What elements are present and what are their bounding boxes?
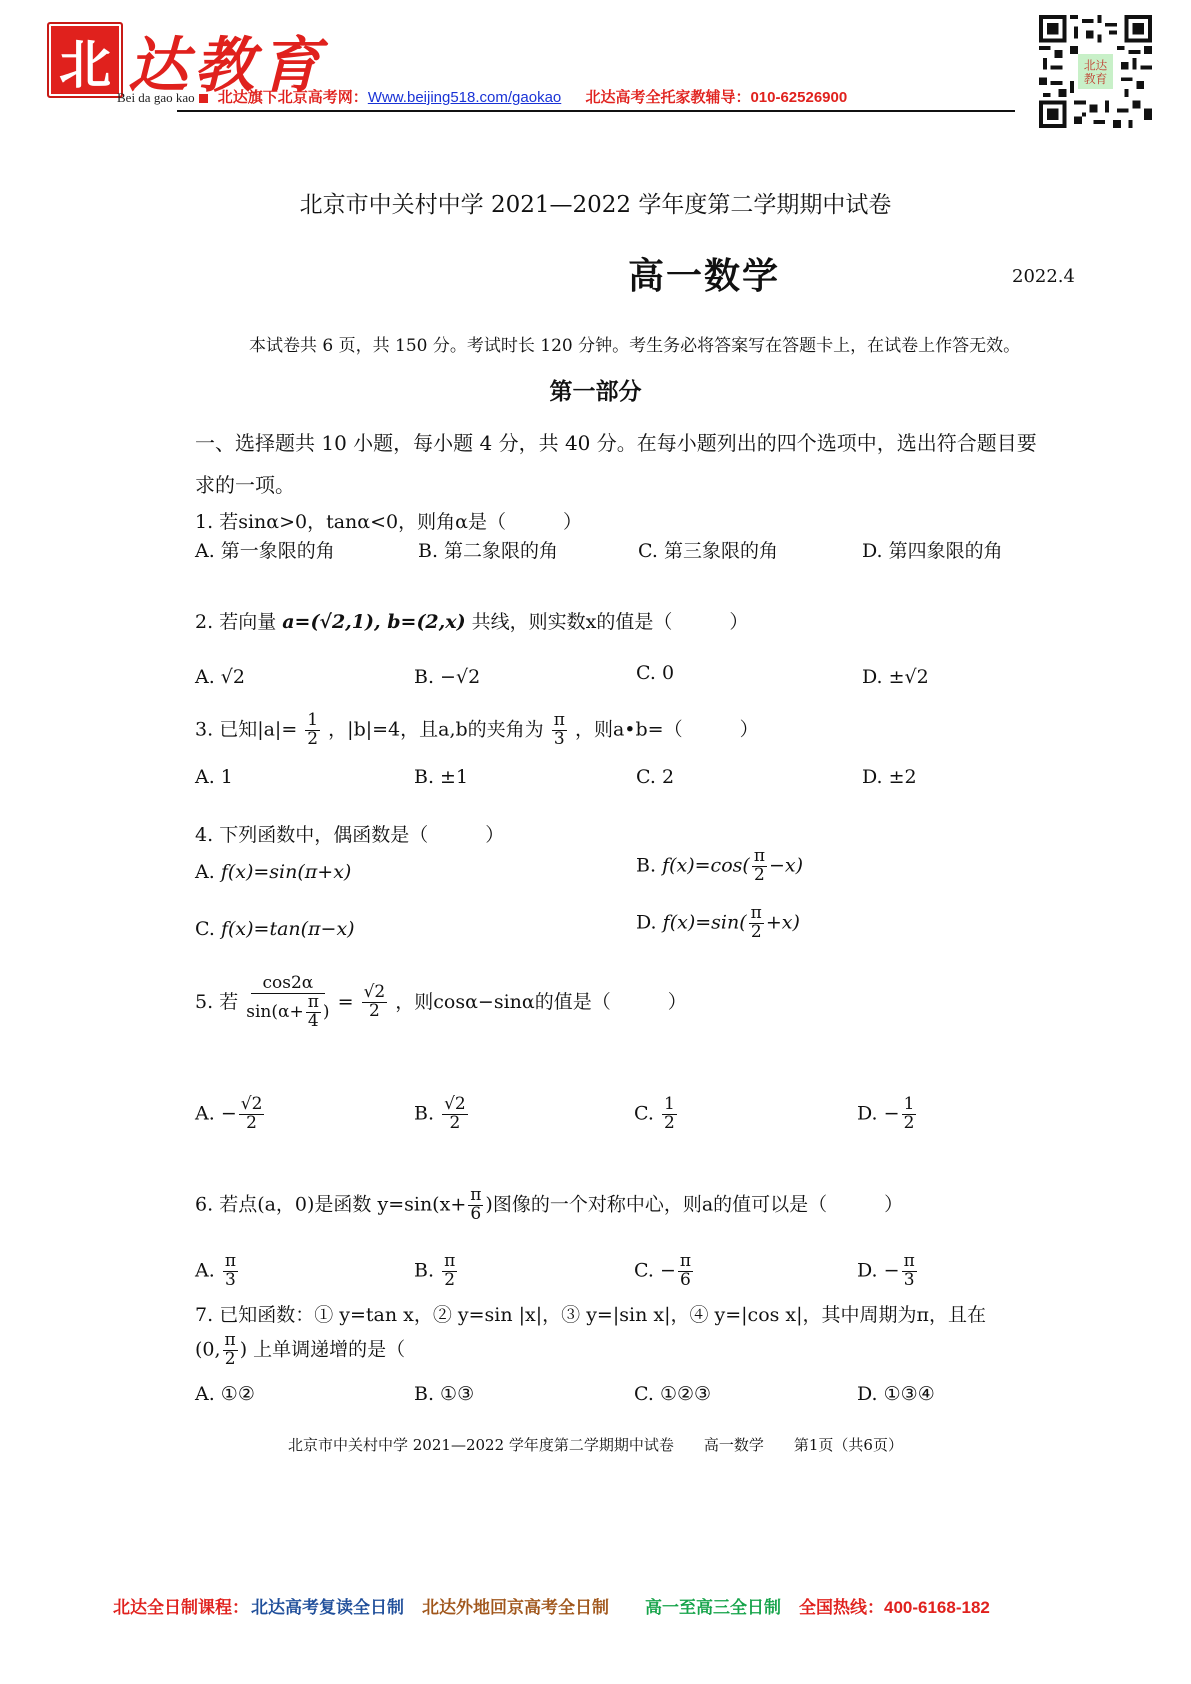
qr-center-text: 北达: [1084, 59, 1108, 73]
question-text: 下列函数中，偶函数是（ ）: [219, 824, 504, 846]
question-text-pre: 若点(a，0)是函数 y=sin(x+: [219, 1193, 466, 1215]
ad-item-fulltime: 高一至高三全日制: [645, 1598, 781, 1617]
fraction: π3: [552, 712, 567, 749]
question-5-option-d: D. −12: [857, 1096, 918, 1133]
question-number: 7.: [195, 1304, 213, 1326]
question-4-option-b: B. f(x)=cos(π2−x): [636, 848, 803, 885]
question-6-option-c: C. −π6: [634, 1253, 695, 1290]
logo-subtitle: Bei da gao kao: [117, 90, 195, 105]
qr-code-icon: 北达 教育: [1039, 15, 1152, 128]
fraction: √22: [362, 984, 388, 1021]
question-6-option-a: A. π3: [195, 1253, 240, 1290]
exam-title: 北京市中关村中学 2021—2022 学年度第二学期期中试卷: [0, 186, 1191, 219]
question-6-stem: 6. 若点(a，0)是函数 y=sin(x+π6)图像的一个对称中心，则a的值可…: [195, 1187, 903, 1224]
ad-label: 北达全日制课程：: [113, 1598, 249, 1617]
exam-subject: 高一数学: [628, 248, 780, 299]
ad-hotline: 全国热线：400-6168-182: [799, 1598, 990, 1617]
svg-text:教育: 教育: [1084, 72, 1107, 86]
ad-item-repeat: 北达高考复读全日制: [251, 1598, 404, 1617]
question-1-stem: 1. 若sinα>0，tanα<0，则角α是（ ）: [195, 507, 582, 534]
question-2-option-a: A. √2: [195, 666, 245, 688]
fraction: π2: [223, 1332, 238, 1369]
question-4-stem: 4. 下列函数中，偶函数是（ ）: [195, 820, 504, 847]
question-text-post: ，则cosα−sinα的值是（ ）: [395, 991, 686, 1013]
question-text-post: 共线，则实数x的值是（ ）: [472, 611, 749, 633]
section-instructions-line1: 一、选择题共 10 小题，每小题 4 分，共 40 分。在每小题列出的四个选项中…: [195, 427, 1037, 456]
question-text-post: ，则a•b=（ ）: [575, 718, 759, 740]
question-7-stem-line2: (0,π2) 上单调递增的是（: [195, 1332, 405, 1369]
question-text-post: )图像的一个对称中心，则a的值可以是（ ）: [485, 1193, 903, 1215]
question-1-option-a: A. 第一象限的角: [195, 536, 335, 563]
question-text-pre: 若: [219, 991, 238, 1013]
question-5-stem: 5. 若 cos2α sin(α+π4) = √22 ，则cosα−sinα的值…: [195, 975, 687, 1031]
fraction: 12: [305, 712, 320, 749]
question-text-pre: 已知|a|=: [219, 718, 297, 740]
question-text-mid: ，|b|=4，且a,b的夹角为: [328, 718, 544, 740]
question-2-option-c: C. 0: [636, 662, 674, 684]
question-5-option-b: B. √22: [414, 1096, 470, 1133]
question-3-option-a: A. 1: [195, 766, 233, 788]
question-7-option-b: B. ①③: [414, 1383, 474, 1405]
section-instructions-line2: 求的一项。: [195, 469, 295, 498]
question-7-option-a: A. ①②: [195, 1383, 255, 1405]
question-1-option-c: C. 第三象限的角: [638, 536, 778, 563]
part-heading: 第一部分: [0, 373, 1191, 406]
question-number: 3.: [195, 718, 213, 740]
question-6-option-b: B. π2: [414, 1253, 459, 1290]
question-1-option-d: D. 第四象限的角: [862, 536, 1003, 563]
bullet-square-icon: [199, 94, 208, 103]
tutoring-label: 北达高考全托家教辅导：010-62526900: [585, 89, 847, 106]
ad-item-return: 北达外地回京高考全日制: [422, 1598, 609, 1617]
question-number: 1.: [195, 511, 213, 533]
question-7-stem-line1: 7. 已知函数：① y=tan x，② y=sin |x|，③ y=|sin x…: [195, 1300, 986, 1327]
fraction: cos2α sin(α+π4): [246, 975, 329, 1031]
question-2-option-d: D. ±√2: [862, 666, 929, 688]
question-2-stem: 2. 若向量 a=(√2,1), b=(2,x) 共线，则实数x的值是（ ）: [195, 607, 748, 634]
logo-mark-char: 北: [59, 23, 111, 98]
question-1-option-b: B. 第二象限的角: [418, 536, 558, 563]
question-7-option-d: D. ①③④: [857, 1383, 935, 1405]
question-number: 5.: [195, 991, 213, 1013]
question-4-option-d: D. f(x)=sin(π2+x): [636, 905, 800, 942]
question-3-option-b: B. ±1: [414, 766, 468, 788]
question-text: 若sinα>0，tanα<0，则角α是（ ）: [219, 511, 582, 533]
question-7-option-c: C. ①②③: [634, 1383, 711, 1405]
question-3-option-c: C. 2: [636, 766, 674, 788]
exam-instructions: 本试卷共 6 页，共 150 分。考试时长 120 分钟。考生务必将答案写在答题…: [249, 331, 1020, 356]
question-text-pre: 若向量: [219, 611, 276, 633]
question-number: 6.: [195, 1193, 213, 1215]
ad-banner: 北达全日制课程：北达高考复读全日制北达外地回京高考全日制高一至高三全日制全国热线…: [113, 1593, 1008, 1618]
header-info-row: Bei da gao kao 北达旗下北京高考网：Www.beijing518.…: [117, 86, 847, 107]
page-footer: 北京市中关村中学 2021—2022 学年度第二学期期中试卷 高一数学 第1页（…: [0, 1434, 1191, 1455]
question-number: 4.: [195, 824, 213, 846]
question-2-option-b: B. −√2: [414, 666, 480, 688]
question-4-option-a: A. f(x)=sin(π+x): [195, 861, 351, 883]
question-3-stem: 3. 已知|a|= 12 ，|b|=4，且a,b的夹角为 π3 ，则a•b=（ …: [195, 712, 759, 749]
question-number: 2.: [195, 611, 213, 633]
question-4-option-c: C. f(x)=tan(π−x): [195, 918, 355, 940]
question-5-option-c: C. 12: [634, 1096, 679, 1133]
site-link[interactable]: Www.beijing518.com/gaokao: [368, 89, 561, 106]
header-divider: [177, 110, 1015, 112]
logo-mark: 北: [47, 22, 123, 98]
question-math: a=(√2,1), b=(2,x): [282, 611, 465, 633]
fraction: π6: [468, 1187, 483, 1224]
site-label: 北达旗下北京高考网：: [218, 89, 368, 106]
question-3-option-d: D. ±2: [862, 766, 917, 788]
question-text: 已知函数：① y=tan x，② y=sin |x|，③ y=|sin x|，④…: [219, 1304, 986, 1326]
question-5-option-a: A. −√22: [195, 1096, 266, 1133]
exam-date: 2022.4: [1012, 266, 1075, 287]
question-6-option-d: D. −π3: [857, 1253, 919, 1290]
